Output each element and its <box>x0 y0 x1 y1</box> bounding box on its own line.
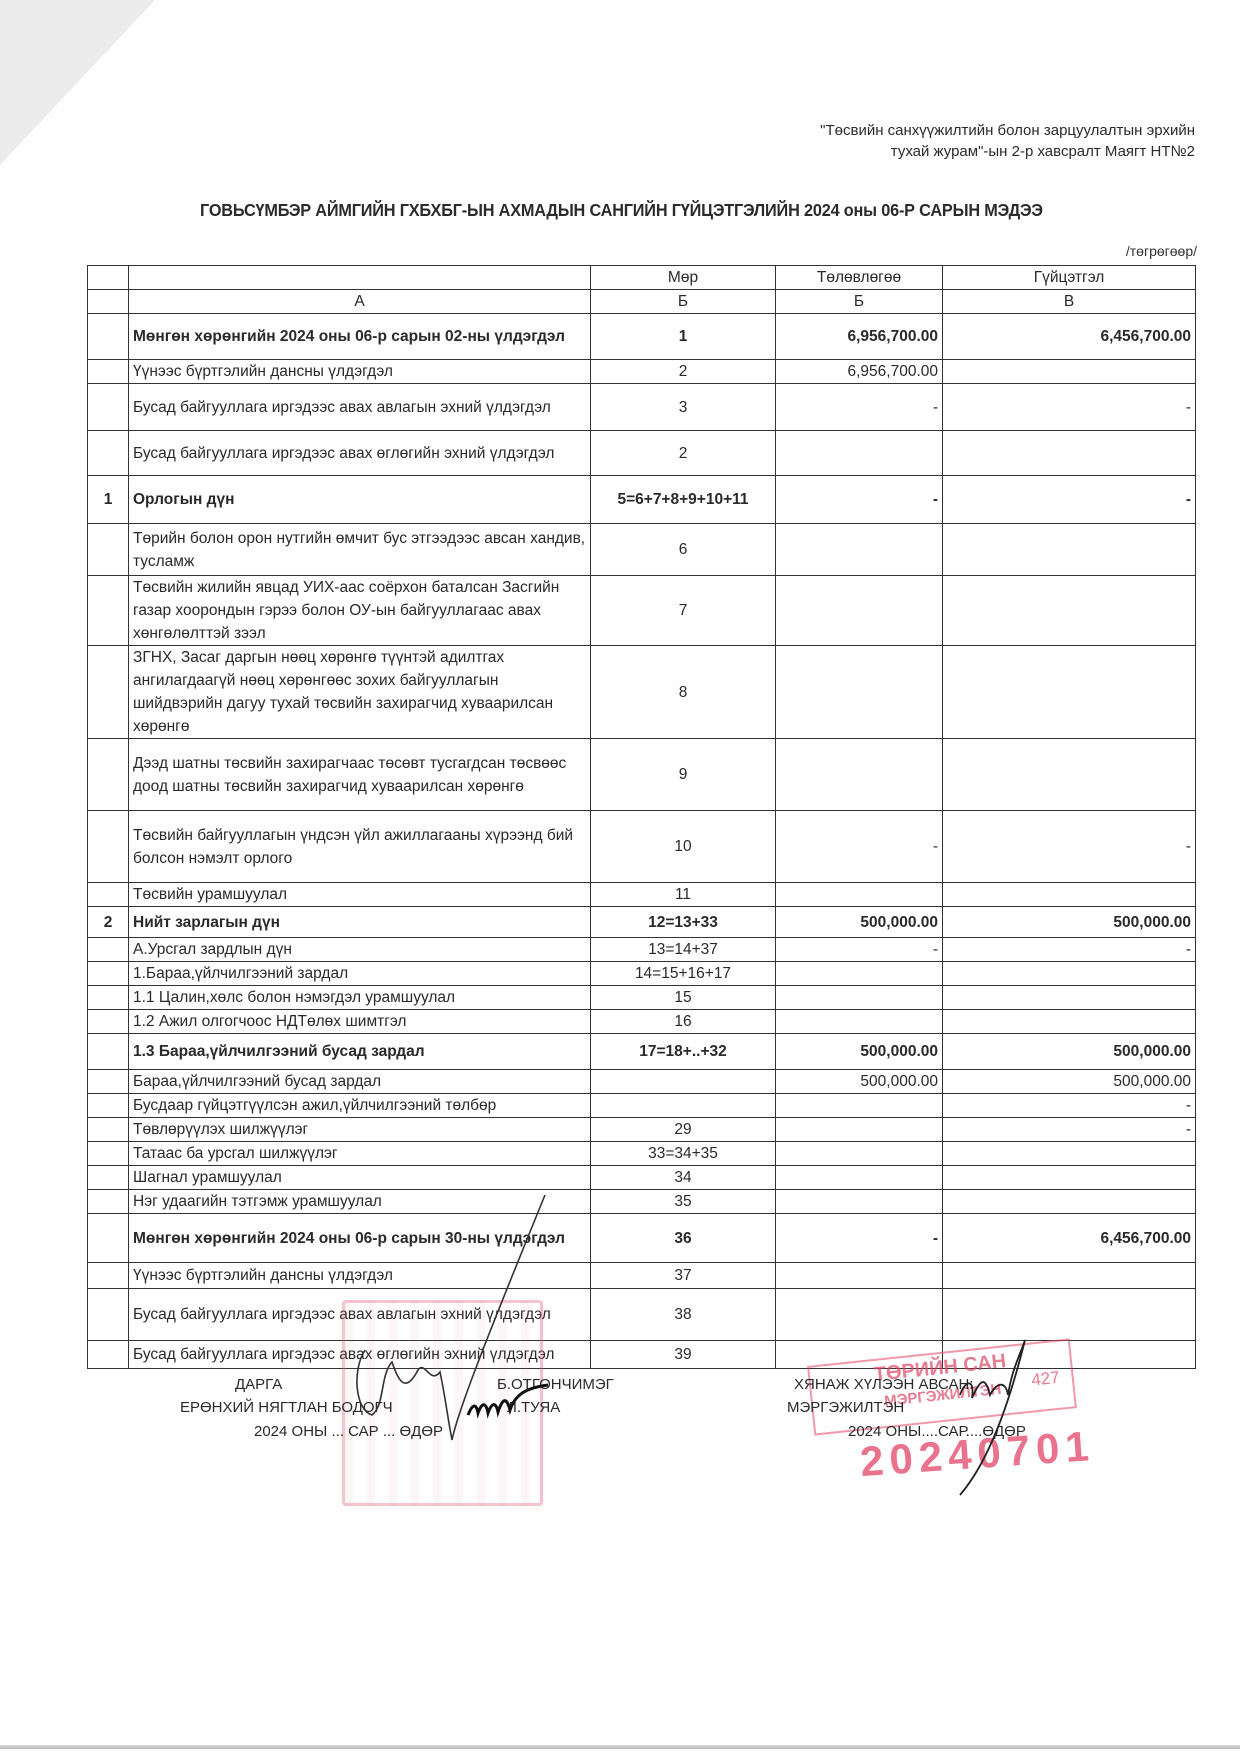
row-section-number <box>88 1010 129 1034</box>
row-line-number: 5=6+7+8+9+10+11 <box>591 476 776 524</box>
header-cell <box>129 266 591 290</box>
director-name: Б.ОТГОНЧИМЭГ <box>497 1376 614 1393</box>
row-plan-value: - <box>776 1214 943 1263</box>
row-plan-value <box>776 986 943 1010</box>
form-reference: "Төсвийн санхүүжилтийн болон зарцуулалты… <box>820 120 1195 162</box>
row-indicator-name: Үүнээс бүртгэлийн дансны үлдэгдэл <box>129 1263 591 1289</box>
row-section-number <box>88 1289 129 1341</box>
row-indicator-name: ЗГНХ, Засаг даргын нөөц хөрөнгө түүнтэй … <box>129 646 591 739</box>
table-row: ЗГНХ, Засаг даргын нөөц хөрөнгө түүнтэй … <box>88 646 1196 739</box>
row-plan-value <box>776 576 943 646</box>
row-plan-value <box>776 883 943 907</box>
row-actual-value <box>943 1010 1196 1034</box>
header-plan: Төлөвлөгөө <box>776 266 943 290</box>
row-indicator-name: Бараа,үйлчилгээний бусад зардал <box>129 1070 591 1094</box>
row-section-number <box>88 576 129 646</box>
row-section-number <box>88 384 129 431</box>
row-section-number <box>88 1070 129 1094</box>
row-line-number: 29 <box>591 1118 776 1142</box>
row-section-number <box>88 431 129 476</box>
row-section-number <box>88 646 129 739</box>
table-row: Төсвийн урамшуулал11 <box>88 883 1196 907</box>
row-section-number <box>88 962 129 986</box>
row-line-number: 10 <box>591 811 776 883</box>
row-section-number <box>88 1341 129 1369</box>
row-actual-value: - <box>943 1094 1196 1118</box>
row-line-number: 34 <box>591 1166 776 1190</box>
row-plan-value <box>776 1118 943 1142</box>
table-row: Бусад байгууллага иргэдээс авах өглөгийн… <box>88 431 1196 476</box>
row-actual-value: - <box>943 811 1196 883</box>
accountant-name: Л.ТУЯА <box>507 1399 560 1416</box>
row-actual-value <box>943 986 1196 1010</box>
row-line-number: 7 <box>591 576 776 646</box>
table-row: 1.Бараа,үйлчилгээний зардал14=15+16+17 <box>88 962 1196 986</box>
table-row: Үүнээс бүртгэлийн дансны үлдэгдэл37 <box>88 1263 1196 1289</box>
row-actual-value <box>943 1190 1196 1214</box>
scan-shadow <box>0 0 155 165</box>
row-plan-value: - <box>776 384 943 431</box>
row-indicator-name: Дээд шатны төсвийн захирагчаас төсөвт ту… <box>129 739 591 811</box>
row-actual-value <box>943 646 1196 739</box>
row-section-number <box>88 938 129 962</box>
document-title: ГОВЬСҮМБЭР АЙМГИЙН ГХБХБГ-ЫН АХМАДЫН САН… <box>45 200 1198 221</box>
code-row: А Б Б В <box>88 290 1196 314</box>
table-row: Бусад байгууллага иргэдээс авах авлагын … <box>88 384 1196 431</box>
row-plan-value <box>776 1166 943 1190</box>
row-plan-value <box>776 646 943 739</box>
row-plan-value <box>776 431 943 476</box>
row-actual-value <box>943 360 1196 384</box>
row-line-number: 36 <box>591 1214 776 1263</box>
row-section-number <box>88 1118 129 1142</box>
row-plan-value <box>776 962 943 986</box>
code-cell: Б <box>776 290 943 314</box>
row-section-number <box>88 986 129 1010</box>
accountant-title: ЕРӨНХИЙ НЯГТЛАН БОДОГЧ <box>180 1399 393 1416</box>
row-indicator-name: А.Урсгал зардлын дүн <box>129 938 591 962</box>
row-line-number: 35 <box>591 1190 776 1214</box>
reviewer-role: МЭРГЭЖИЛТЭН <box>787 1399 904 1416</box>
row-actual-value <box>943 1142 1196 1166</box>
table-row: Нэг удаагийн тэтгэмж урамшуулал35 <box>88 1190 1196 1214</box>
row-line-number: 38 <box>591 1289 776 1341</box>
table-row: Бараа,үйлчилгээний бусад зардал500,000.0… <box>88 1070 1196 1094</box>
row-line-number: 13=14+37 <box>591 938 776 962</box>
row-section-number <box>88 1142 129 1166</box>
row-plan-value <box>776 1142 943 1166</box>
table-row: Үүнээс бүртгэлийн дансны үлдэгдэл26,956,… <box>88 360 1196 384</box>
row-plan-value: - <box>776 811 943 883</box>
row-actual-value <box>943 1263 1196 1289</box>
row-indicator-name: Татаас ба урсгал шилжүүлэг <box>129 1142 591 1166</box>
row-indicator-name: Төсвийн жилийн явцад УИХ-аас соёрхон бат… <box>129 576 591 646</box>
table-row: 1.2 Ажил олгогчоос НДТөлөх шимтгэл16 <box>88 1010 1196 1034</box>
row-section-number: 2 <box>88 907 129 938</box>
row-actual-value: - <box>943 384 1196 431</box>
director-title: ДАРГА <box>235 1376 282 1393</box>
row-line-number: 37 <box>591 1263 776 1289</box>
row-plan-value: - <box>776 938 943 962</box>
header-row: Мөр Төлөвлөгөө Гүйцэтгэл <box>88 266 1196 290</box>
row-line-number: 1 <box>591 314 776 360</box>
row-actual-value <box>943 739 1196 811</box>
row-line-number: 2 <box>591 431 776 476</box>
row-section-number <box>88 1214 129 1263</box>
row-indicator-name: Бусад байгууллага иргэдээс авах авлагын … <box>129 384 591 431</box>
row-line-number: 2 <box>591 360 776 384</box>
row-section-number <box>88 1190 129 1214</box>
row-actual-value <box>943 524 1196 576</box>
table-row: Мөнгөн хөрөнгийн 2024 оны 06-р сарын 02-… <box>88 314 1196 360</box>
row-plan-value: 500,000.00 <box>776 907 943 938</box>
row-indicator-name: Мөнгөн хөрөнгийн 2024 оны 06-р сарын 30-… <box>129 1214 591 1263</box>
row-line-number: 39 <box>591 1341 776 1369</box>
row-line-number: 6 <box>591 524 776 576</box>
row-actual-value: 500,000.00 <box>943 1034 1196 1070</box>
row-plan-value <box>776 524 943 576</box>
row-plan-value <box>776 1010 943 1034</box>
code-cell <box>88 290 129 314</box>
row-actual-value: 6,456,700.00 <box>943 1214 1196 1263</box>
row-plan-value: 6,956,700.00 <box>776 314 943 360</box>
row-indicator-name: 1.2 Ажил олгогчоос НДТөлөх шимтгэл <box>129 1010 591 1034</box>
table-row: 1.1 Цалин,хөлс болон нэмэгдэл урамшуулал… <box>88 986 1196 1010</box>
row-plan-value: - <box>776 476 943 524</box>
scan-edge <box>0 1745 1240 1749</box>
row-line-number <box>591 1094 776 1118</box>
row-plan-value <box>776 1289 943 1341</box>
form-reference-line2: тухай журам"-ын 2-р хавсралт Маягт НТ№2 <box>820 141 1195 162</box>
table-row: Бусад байгууллага иргэдээс авах авлагын … <box>88 1289 1196 1341</box>
row-plan-value: 6,956,700.00 <box>776 360 943 384</box>
row-actual-value <box>943 431 1196 476</box>
row-indicator-name: Үүнээс бүртгэлийн дансны үлдэгдэл <box>129 360 591 384</box>
row-line-number <box>591 1070 776 1094</box>
row-indicator-name: Нэг удаагийн тэтгэмж урамшуулал <box>129 1190 591 1214</box>
row-indicator-name: Бусдаар гүйцэтгүүлсэн ажил,үйлчилгээний … <box>129 1094 591 1118</box>
row-actual-value: - <box>943 938 1196 962</box>
row-indicator-name: Төсвийн урамшуулал <box>129 883 591 907</box>
table-row: Төвлөрүүлэх шилжүүлэг29- <box>88 1118 1196 1142</box>
table-row: Төсвийн жилийн явцад УИХ-аас соёрхон бат… <box>88 576 1196 646</box>
treasury-stamp-number: 427 <box>1030 1364 1061 1395</box>
row-plan-value <box>776 1094 943 1118</box>
header-cell <box>88 266 129 290</box>
table-row: А.Урсгал зардлын дүн13=14+37-- <box>88 938 1196 962</box>
row-line-number: 33=34+35 <box>591 1142 776 1166</box>
row-actual-value: - <box>943 1118 1196 1142</box>
header-row-number: Мөр <box>591 266 776 290</box>
row-actual-value: 6,456,700.00 <box>943 314 1196 360</box>
currency-unit: /төгрөгөөр/ <box>1126 243 1197 259</box>
row-indicator-name: Шагнал урамшуулал <box>129 1166 591 1190</box>
row-line-number: 9 <box>591 739 776 811</box>
table-row: Татаас ба урсгал шилжүүлэг33=34+35 <box>88 1142 1196 1166</box>
row-plan-value <box>776 739 943 811</box>
row-section-number <box>88 883 129 907</box>
row-line-number: 15 <box>591 986 776 1010</box>
row-actual-value: - <box>943 476 1196 524</box>
row-actual-value: 500,000.00 <box>943 907 1196 938</box>
row-line-number: 14=15+16+17 <box>591 962 776 986</box>
table-row: Дээд шатны төсвийн захирагчаас төсөвт ту… <box>88 739 1196 811</box>
row-line-number: 11 <box>591 883 776 907</box>
row-section-number: 1 <box>88 476 129 524</box>
row-section-number <box>88 811 129 883</box>
row-line-number: 12=13+33 <box>591 907 776 938</box>
row-section-number <box>88 1166 129 1190</box>
row-indicator-name: Нийт зарлагын дүн <box>129 907 591 938</box>
row-actual-value <box>943 1166 1196 1190</box>
row-section-number <box>88 1094 129 1118</box>
table-row: 1.3 Бараа,үйлчилгээний бусад зардал17=18… <box>88 1034 1196 1070</box>
reviewer-title: ХЯНАЖ ХҮЛЭЭН АВСАН: <box>794 1376 973 1393</box>
row-indicator-name: Төрийн болон орон нутгийн өмчит бус этгэ… <box>129 524 591 576</box>
table-row: Шагнал урамшуулал34 <box>88 1166 1196 1190</box>
report-table: Мөр Төлөвлөгөө Гүйцэтгэл А Б Б В Мөнгөн … <box>87 265 1196 1369</box>
table-row: Бусдаар гүйцэтгүүлсэн ажил,үйлчилгээний … <box>88 1094 1196 1118</box>
row-actual-value <box>943 883 1196 907</box>
row-indicator-name: Төвлөрүүлэх шилжүүлэг <box>129 1118 591 1142</box>
header-actual: Гүйцэтгэл <box>943 266 1196 290</box>
row-actual-value <box>943 576 1196 646</box>
row-section-number <box>88 314 129 360</box>
row-line-number: 17=18+..+32 <box>591 1034 776 1070</box>
row-section-number <box>88 739 129 811</box>
row-line-number: 16 <box>591 1010 776 1034</box>
code-cell: Б <box>591 290 776 314</box>
row-indicator-name: 1.1 Цалин,хөлс болон нэмэгдэл урамшуулал <box>129 986 591 1010</box>
row-section-number <box>88 360 129 384</box>
code-cell: В <box>943 290 1196 314</box>
row-plan-value <box>776 1263 943 1289</box>
row-indicator-name: 1.Бараа,үйлчилгээний зардал <box>129 962 591 986</box>
row-indicator-name: 1.3 Бараа,үйлчилгээний бусад зардал <box>129 1034 591 1070</box>
table-row: 2Нийт зарлагын дүн12=13+33500,000.00500,… <box>88 907 1196 938</box>
row-section-number <box>88 524 129 576</box>
row-section-number <box>88 1263 129 1289</box>
row-line-number: 8 <box>591 646 776 739</box>
code-cell: А <box>129 290 591 314</box>
row-section-number <box>88 1034 129 1070</box>
table-row: Төсвийн байгууллагын үндсэн үйл ажиллага… <box>88 811 1196 883</box>
table-row: 1Орлогын дүн5=6+7+8+9+10+11-- <box>88 476 1196 524</box>
row-actual-value <box>943 1289 1196 1341</box>
row-actual-value <box>943 962 1196 986</box>
row-plan-value: 500,000.00 <box>776 1034 943 1070</box>
row-indicator-name: Мөнгөн хөрөнгийн 2024 оны 06-р сарын 02-… <box>129 314 591 360</box>
row-indicator-name: Бусад байгууллага иргэдээс авах өглөгийн… <box>129 431 591 476</box>
row-line-number: 3 <box>591 384 776 431</box>
row-plan-value <box>776 1190 943 1214</box>
row-plan-value: 500,000.00 <box>776 1070 943 1094</box>
row-indicator-name: Төсвийн байгууллагын үндсэн үйл ажиллага… <box>129 811 591 883</box>
form-reference-line1: "Төсвийн санхүүжилтийн болон зарцуулалты… <box>820 120 1195 141</box>
table-row: Төрийн болон орон нутгийн өмчит бус этгэ… <box>88 524 1196 576</box>
table-row: Мөнгөн хөрөнгийн 2024 оны 06-р сарын 30-… <box>88 1214 1196 1263</box>
row-indicator-name: Орлогын дүн <box>129 476 591 524</box>
row-actual-value: 500,000.00 <box>943 1070 1196 1094</box>
left-date: 2024 ОНЫ ... САР ... ӨДӨР <box>254 1423 443 1440</box>
